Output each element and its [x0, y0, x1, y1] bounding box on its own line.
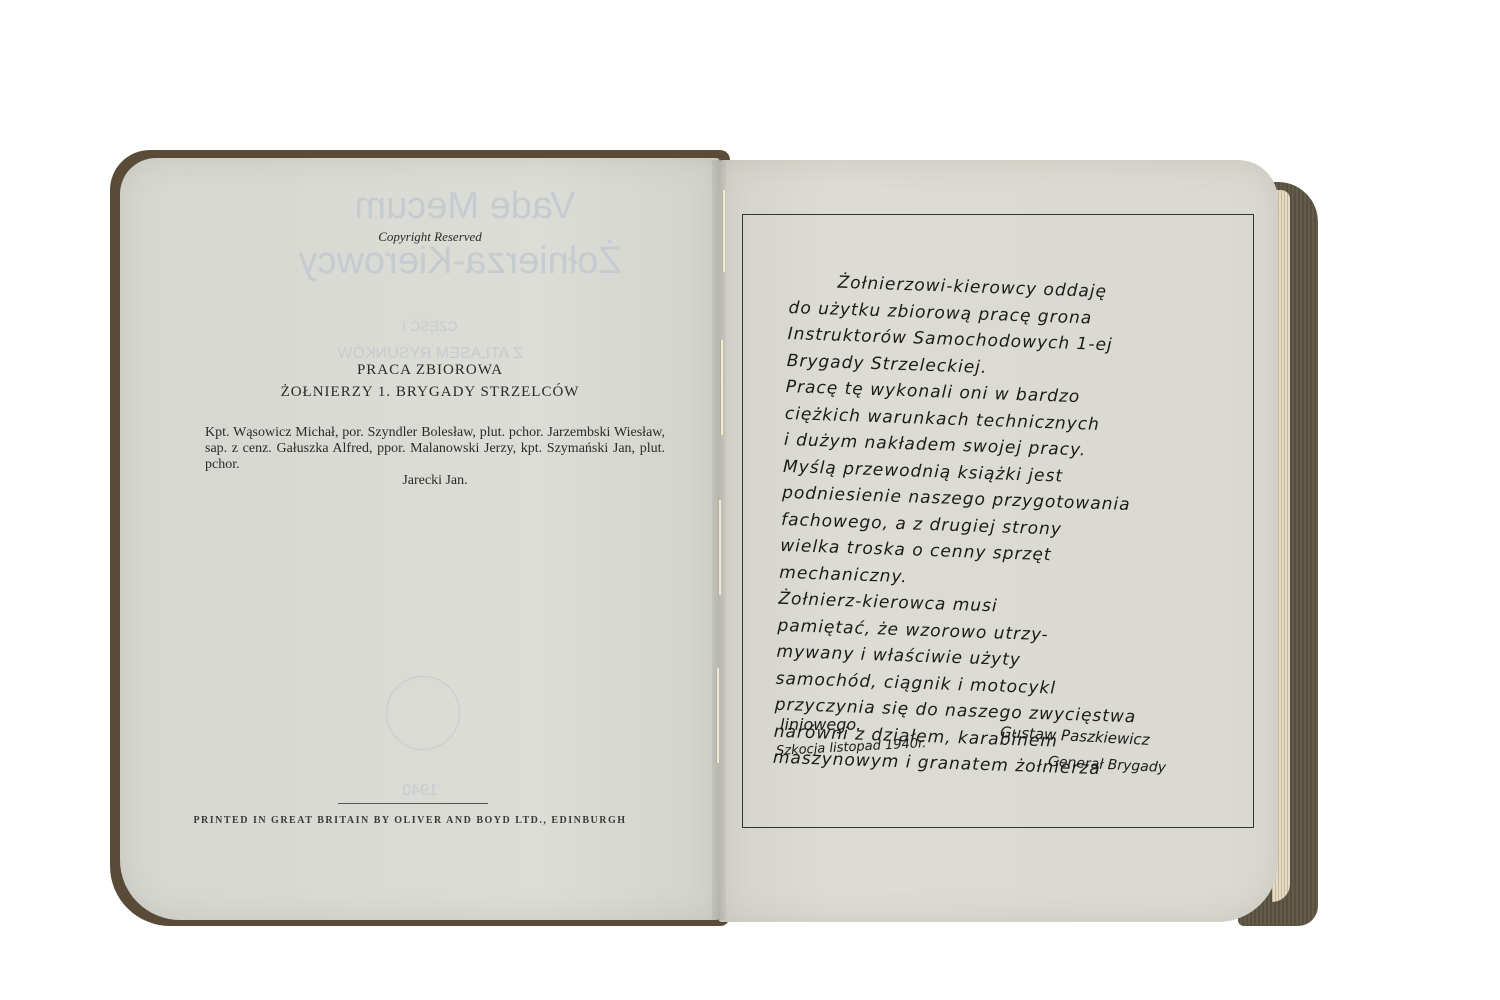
authors-last: Jarecki Jan.	[205, 473, 665, 489]
show-through-emblem	[386, 676, 460, 750]
show-through-subtitle: Żołnierza-Kierowcy	[200, 240, 720, 283]
heading-line-2: ŻOŁNIERZY 1. BRYGADY STRZELCÓW	[170, 384, 690, 401]
binding-stitch	[718, 500, 721, 595]
handwritten-line: liniowego.	[780, 715, 861, 734]
divider-rule	[338, 803, 488, 804]
show-through-atlas: Z ATLASEM RYSUNKÓW	[300, 345, 560, 363]
show-through-title: Vade Mecum	[300, 185, 630, 228]
heading-line-1: PRACA ZBIOROWA	[170, 362, 690, 379]
handwritten-dedication: Żołnierzowi-kierowcy oddaję do użytku zb…	[772, 268, 1229, 787]
show-through-part: CZĘŚĆ I	[370, 318, 490, 334]
copyright-notice: Copyright Reserved	[170, 229, 690, 245]
authors-text: Kpt. Wąsowicz Michał, por. Szyndler Bole…	[205, 425, 665, 472]
binding-stitch	[720, 340, 723, 435]
authors-list: Kpt. Wąsowicz Michał, por. Szyndler Bole…	[205, 425, 665, 489]
show-through-year: 1940	[370, 782, 470, 800]
binding-stitch	[722, 190, 725, 272]
binding-stitch	[716, 668, 719, 763]
printer-imprint: PRINTED IN GREAT BRITAIN BY OLIVER AND B…	[170, 815, 650, 826]
